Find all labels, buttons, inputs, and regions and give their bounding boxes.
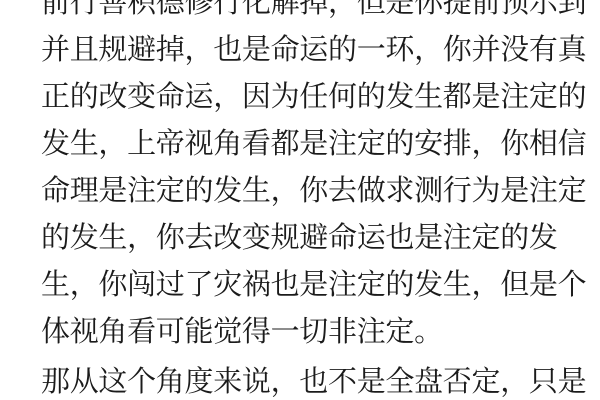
text-line: 那从这个角度来说，也不是全盘否定，只是 bbox=[41, 359, 592, 400]
article-page: 前行善积德修行化解掉，但是你提前预示到 并且规避掉，也是命运的一环，你并没有真 … bbox=[0, 0, 600, 400]
text-line: 前行善积德修行化解掉，但是你提前预示到 bbox=[41, 0, 592, 27]
text-line: 正的改变命运，因为任何的发生都是注定的 bbox=[41, 74, 592, 121]
text-line: 生，你闯过了灾祸也是注定的发生，但是个 bbox=[41, 262, 592, 309]
paragraph-1: 前行善积德修行化解掉，但是你提前预示到 并且规避掉，也是命运的一环，你并没有真 … bbox=[41, 0, 592, 356]
text-line: 的发生，你去改变规避命运也是注定的发 bbox=[41, 215, 592, 262]
text-line: 体视角看可能觉得一切非注定。 bbox=[41, 309, 592, 356]
text-line: 并且规避掉，也是命运的一环，你并没有真 bbox=[41, 27, 592, 74]
text-line: 命理是注定的发生，你去做求测行为是注定 bbox=[41, 168, 592, 215]
paragraph-2: 那从这个角度来说，也不是全盘否定，只是 bbox=[41, 359, 592, 400]
text-line: 发生，上帝视角看都是注定的安排，你相信 bbox=[41, 121, 592, 168]
